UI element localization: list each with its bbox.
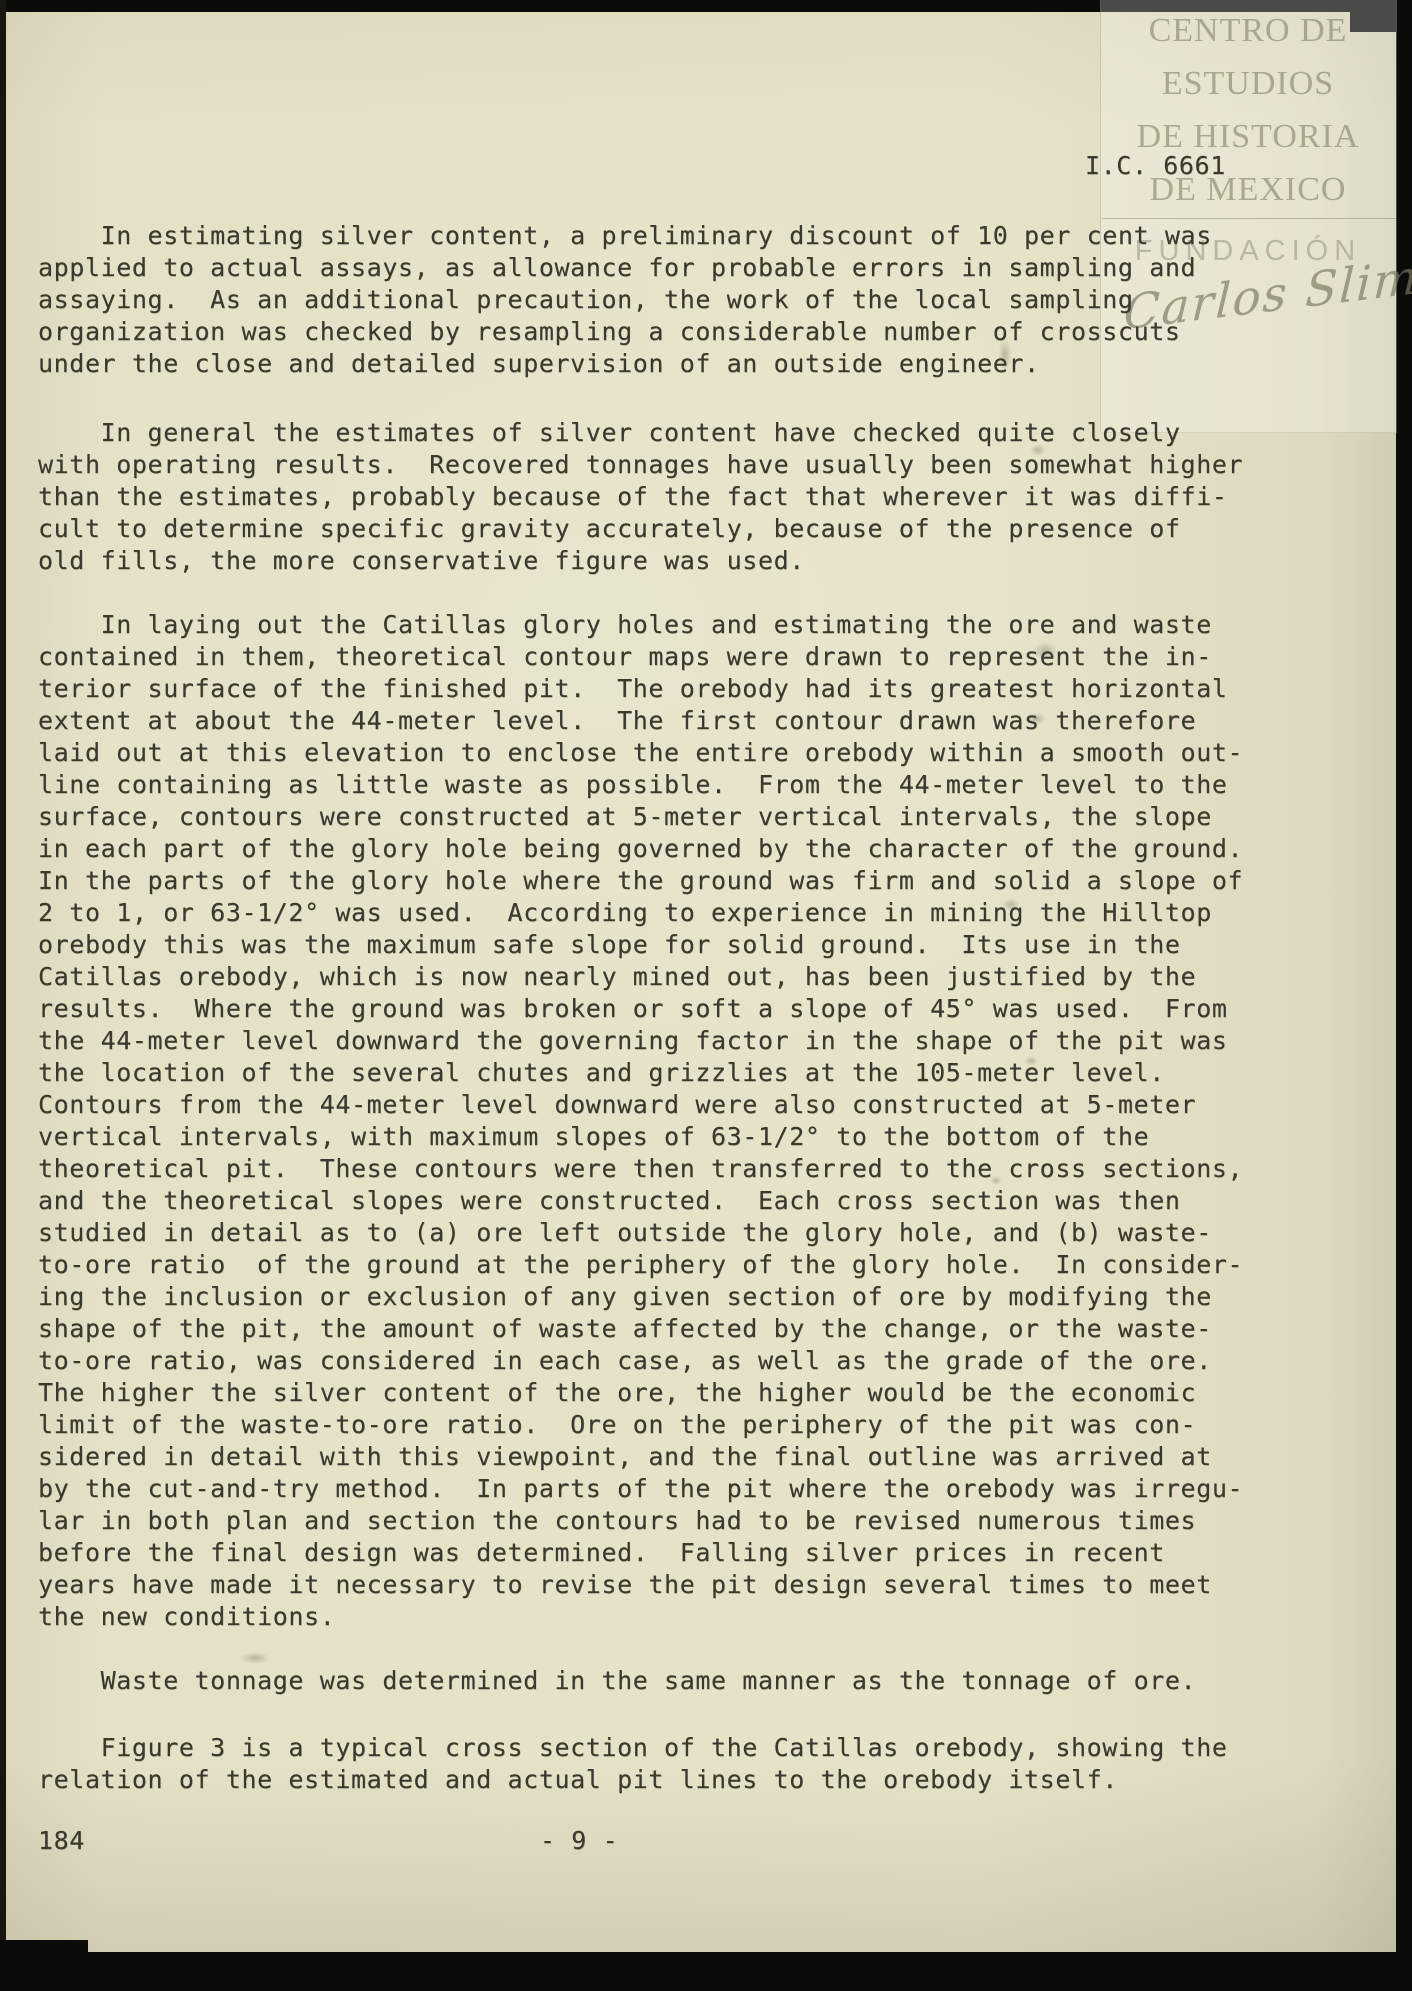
footer-reference-number: 184: [38, 1825, 85, 1857]
scan-border-bottom: [0, 1952, 1412, 1991]
watermark-divider: [1102, 218, 1396, 219]
paragraph-1: In estimating silver content, a prelimin…: [38, 220, 1212, 380]
watermark-line: CENTRO DE: [1100, 4, 1396, 57]
watermark-line: ESTUDIOS: [1100, 57, 1396, 110]
page-number: - 9 -: [540, 1825, 618, 1857]
paragraph-3: In laying out the Catillas glory holes a…: [38, 609, 1243, 1633]
paragraph-4: Waste tonnage was determined in the same…: [38, 1665, 1196, 1697]
scan-border-left: [0, 0, 6, 1991]
paragraph-5: Figure 3 is a typical cross section of t…: [38, 1732, 1228, 1796]
document-number: I.C. 6661: [1085, 150, 1226, 182]
scan-artifact: [240, 1652, 270, 1664]
watermark-text: CENTRO DE ESTUDIOS DE HISTORIA DE MEXICO: [1100, 4, 1396, 216]
scan-border-corner: [0, 1940, 88, 1991]
paragraph-2: In general the estimates of silver conte…: [38, 417, 1243, 577]
